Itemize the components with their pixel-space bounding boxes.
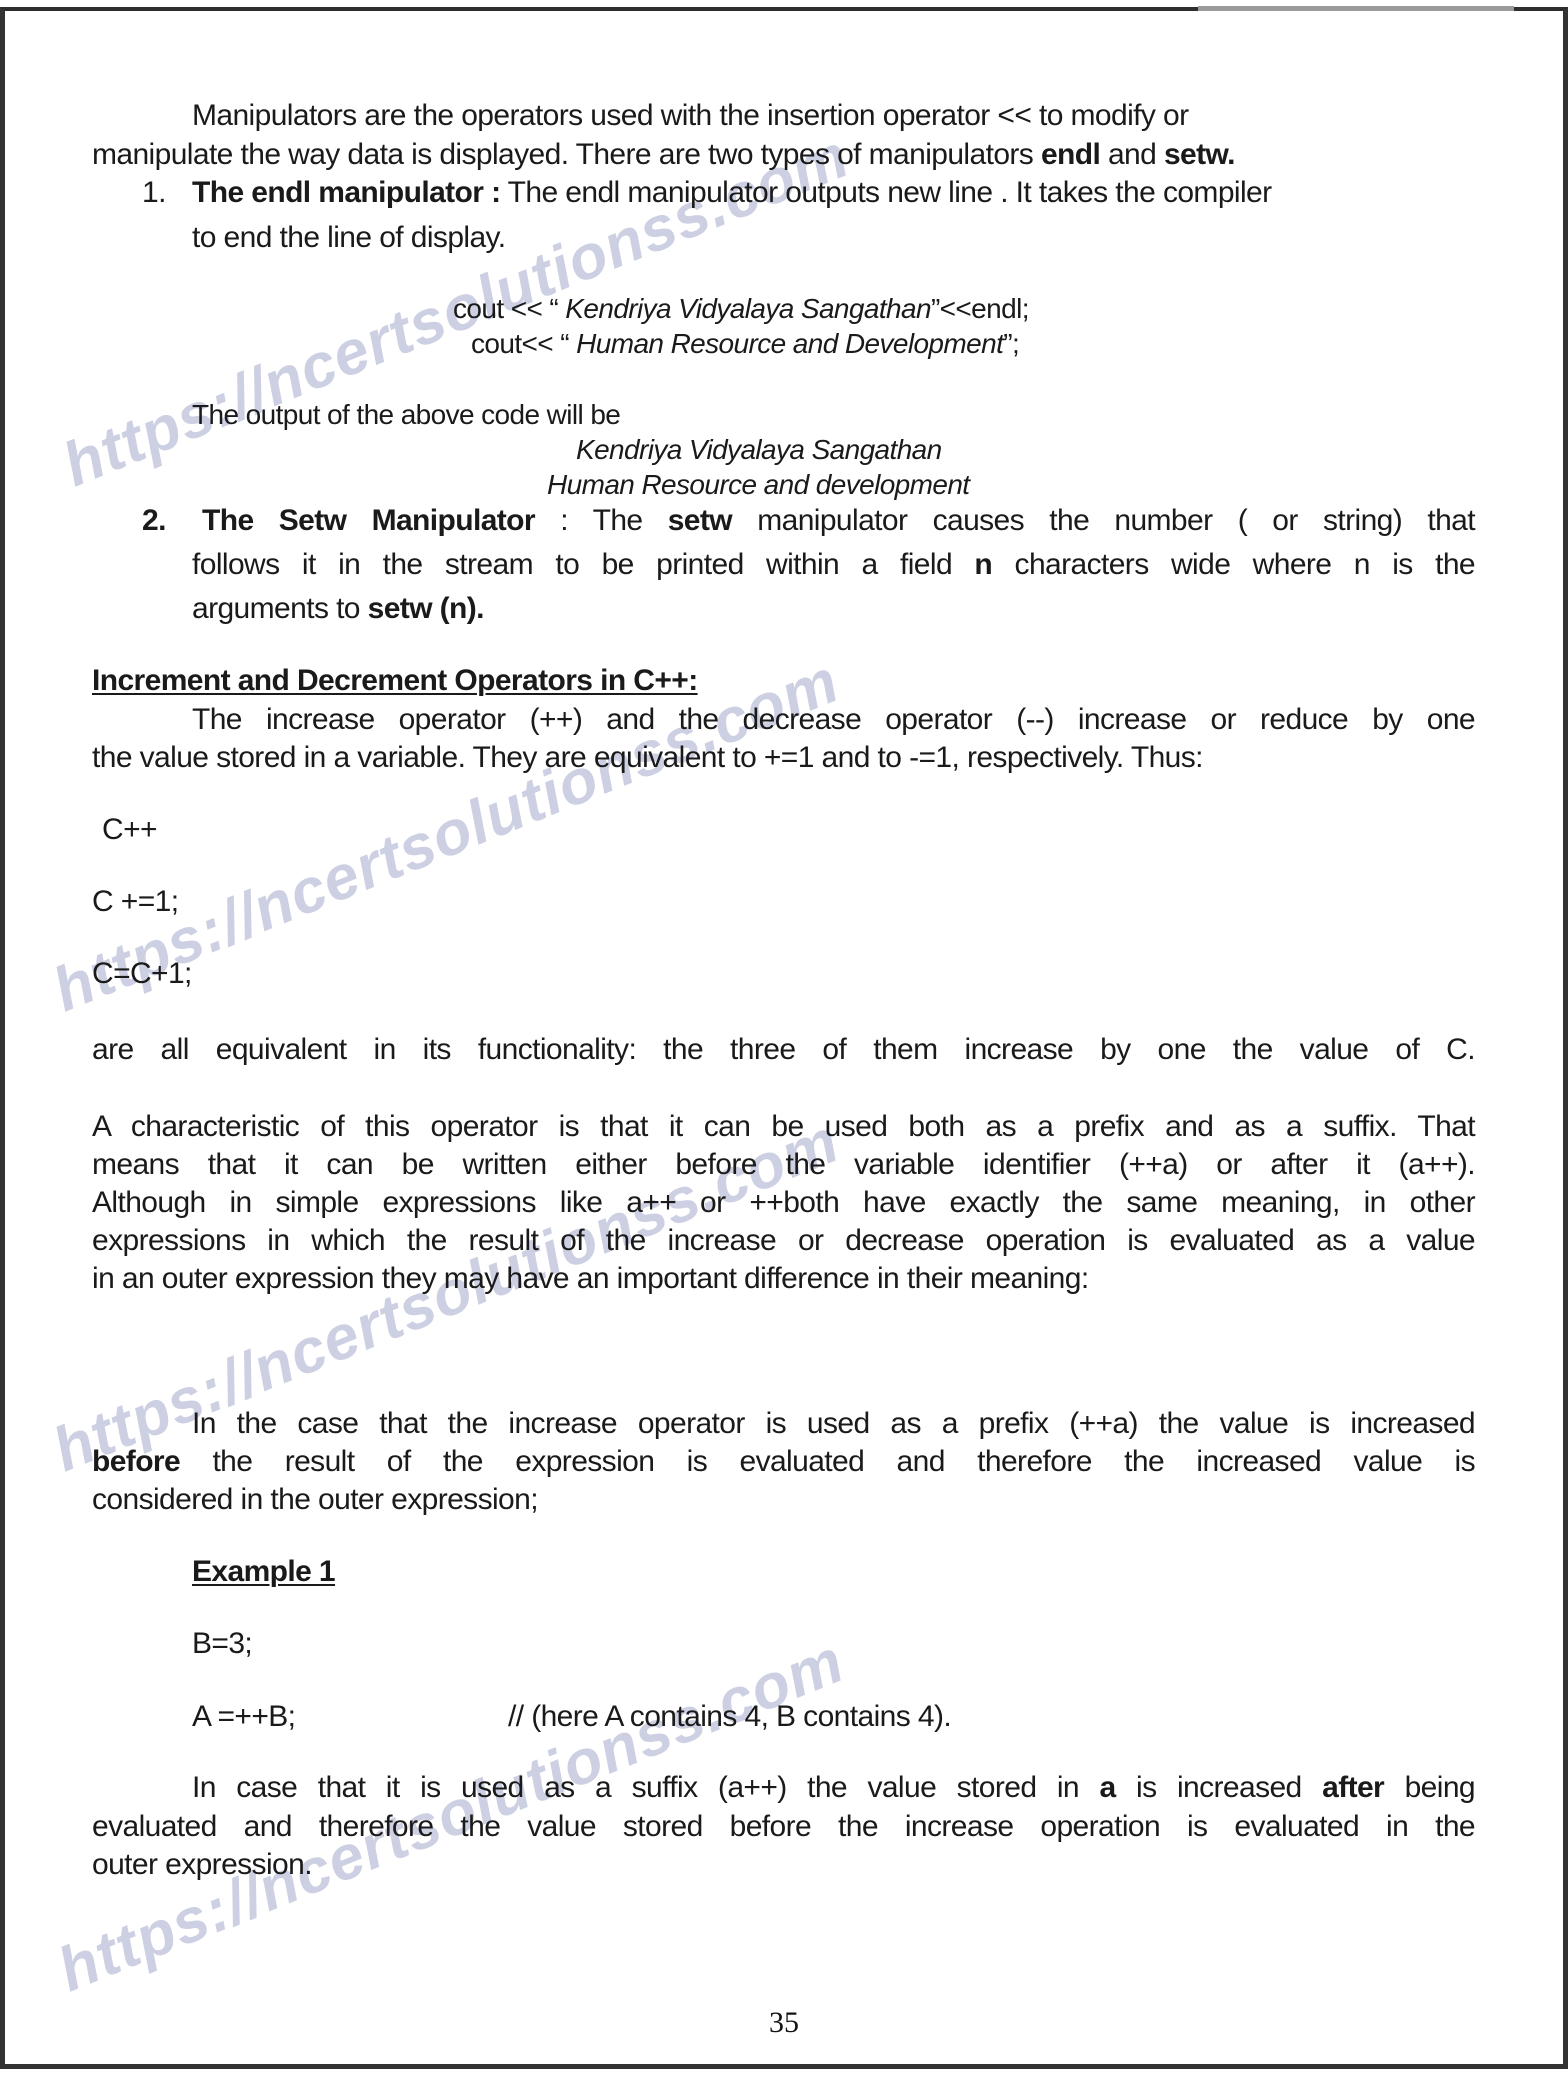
item-number: 2.	[142, 504, 166, 537]
setw-n-keyword: setw (n).	[368, 592, 484, 625]
characteristic-line: in an outer expression they may have an …	[92, 1260, 1089, 1298]
endl-item-line-2: to end the line of display.	[192, 219, 505, 257]
example-code-line: A =++B;	[192, 1698, 295, 1736]
code-text: ”;	[1003, 328, 1019, 359]
document-page: Manipulators are the operators used with…	[0, 0, 1568, 2074]
intro-text: manipulate the way data is displayed. Th…	[92, 138, 1041, 171]
setw-text: arguments to	[192, 592, 368, 625]
intro-and: and	[1100, 138, 1164, 171]
suffix-text: is increased	[1116, 1771, 1323, 1804]
example-heading: Example 1	[192, 1553, 335, 1591]
setw-text: manipulator causes the number ( or strin…	[732, 504, 1475, 537]
equivalent-expression: C +=1;	[92, 883, 178, 921]
characteristic-line: Although in simple expressions like a++ …	[92, 1184, 1475, 1222]
code-text: cout << “	[453, 293, 565, 324]
example-title: Example 1	[192, 1555, 335, 1588]
list-item-number: 2.	[142, 502, 166, 540]
example-comment: // (here A contains 4, B contains 4).	[508, 1698, 951, 1736]
code-line-2: cout<< “ Human Resource and Development”…	[471, 325, 1019, 363]
a-variable: a	[1099, 1771, 1115, 1804]
suffix-text: being	[1384, 1771, 1475, 1804]
increment-para-line-2: the value stored in a variable. They are…	[92, 739, 1203, 777]
suffix-line-3: outer expression.	[92, 1846, 312, 1884]
before-keyword: before	[92, 1445, 180, 1478]
setw-keyword: setw.	[1164, 138, 1235, 171]
setw-item-line-1: The Setw Manipulator : The setw manipula…	[202, 502, 1475, 540]
code-line-1: cout << “ Kendriya Vidyalaya Sangathan”<…	[453, 290, 1029, 328]
suffix-line-1: In case that it is used as a suffix (a++…	[192, 1769, 1475, 1807]
n-keyword: n	[974, 548, 992, 581]
output-line-2: Human Resource and development	[547, 466, 969, 504]
suffix-line-2: evaluated and therefore the value stored…	[92, 1808, 1475, 1846]
setw-item-line-2: follows it in the stream to be printed w…	[192, 546, 1475, 584]
example-code-line: B=3;	[192, 1625, 252, 1663]
endl-item-title: The endl manipulator :	[192, 176, 500, 209]
code-string: Human Resource and Development	[576, 328, 1003, 359]
endl-item-text: The endl manipulator outputs new line . …	[500, 176, 1271, 209]
prefix-text: the result of the expression is evaluate…	[180, 1445, 1475, 1478]
endl-item-line-1: The endl manipulator : The endl manipula…	[192, 174, 1272, 212]
setw-item-line-3: arguments to setw (n).	[192, 590, 484, 628]
output-label: The output of the above code will be	[192, 396, 620, 434]
after-keyword: after	[1322, 1771, 1384, 1804]
prefix-line-2: before the result of the expression is e…	[92, 1443, 1475, 1481]
prefix-line-3: considered in the outer expression;	[92, 1481, 538, 1519]
setw-item-title: The Setw Manipulator	[202, 504, 535, 537]
intro-line-1: Manipulators are the operators used with…	[192, 97, 1189, 135]
setw-text: follows it in the stream to be printed w…	[192, 548, 974, 581]
setw-text: : The	[535, 504, 668, 537]
characteristic-line: means that it can be written either befo…	[92, 1146, 1475, 1184]
equivalent-expression: C++	[102, 811, 157, 849]
setw-text: characters wide where n is the	[992, 548, 1475, 581]
increment-para-line-1: The increase operator (++) and the decre…	[192, 701, 1475, 739]
code-string: Kendriya Vidyalaya Sangathan	[565, 293, 931, 324]
page-number: 35	[0, 2006, 1568, 2040]
endl-keyword: endl	[1041, 138, 1100, 171]
intro-line-2: manipulate the way data is displayed. Th…	[92, 136, 1235, 174]
output-line-1: Kendriya Vidyalaya Sangathan	[576, 431, 942, 469]
suffix-text: In case that it is used as a suffix (a++…	[192, 1771, 1099, 1804]
output-text: Human Resource and development	[547, 469, 969, 500]
code-text: cout<< “	[471, 328, 576, 359]
characteristic-line: expressions in which the result of the i…	[92, 1222, 1475, 1260]
prefix-line-1: In the case that the increase operator i…	[192, 1405, 1475, 1443]
output-text: Kendriya Vidyalaya Sangathan	[576, 434, 942, 465]
list-item-number: 1.	[142, 174, 166, 212]
equivalent-summary: are all equivalent in its functionality:…	[92, 1031, 1475, 1069]
setw-keyword: setw	[668, 504, 732, 537]
code-text: ”<<endl;	[931, 293, 1029, 324]
heading-text: Increment and Decrement Operators in C++…	[92, 664, 698, 697]
section-heading: Increment and Decrement Operators in C++…	[92, 662, 698, 700]
characteristic-line: A characteristic of this operator is tha…	[92, 1108, 1475, 1146]
equivalent-expression: C=C+1;	[92, 955, 192, 993]
